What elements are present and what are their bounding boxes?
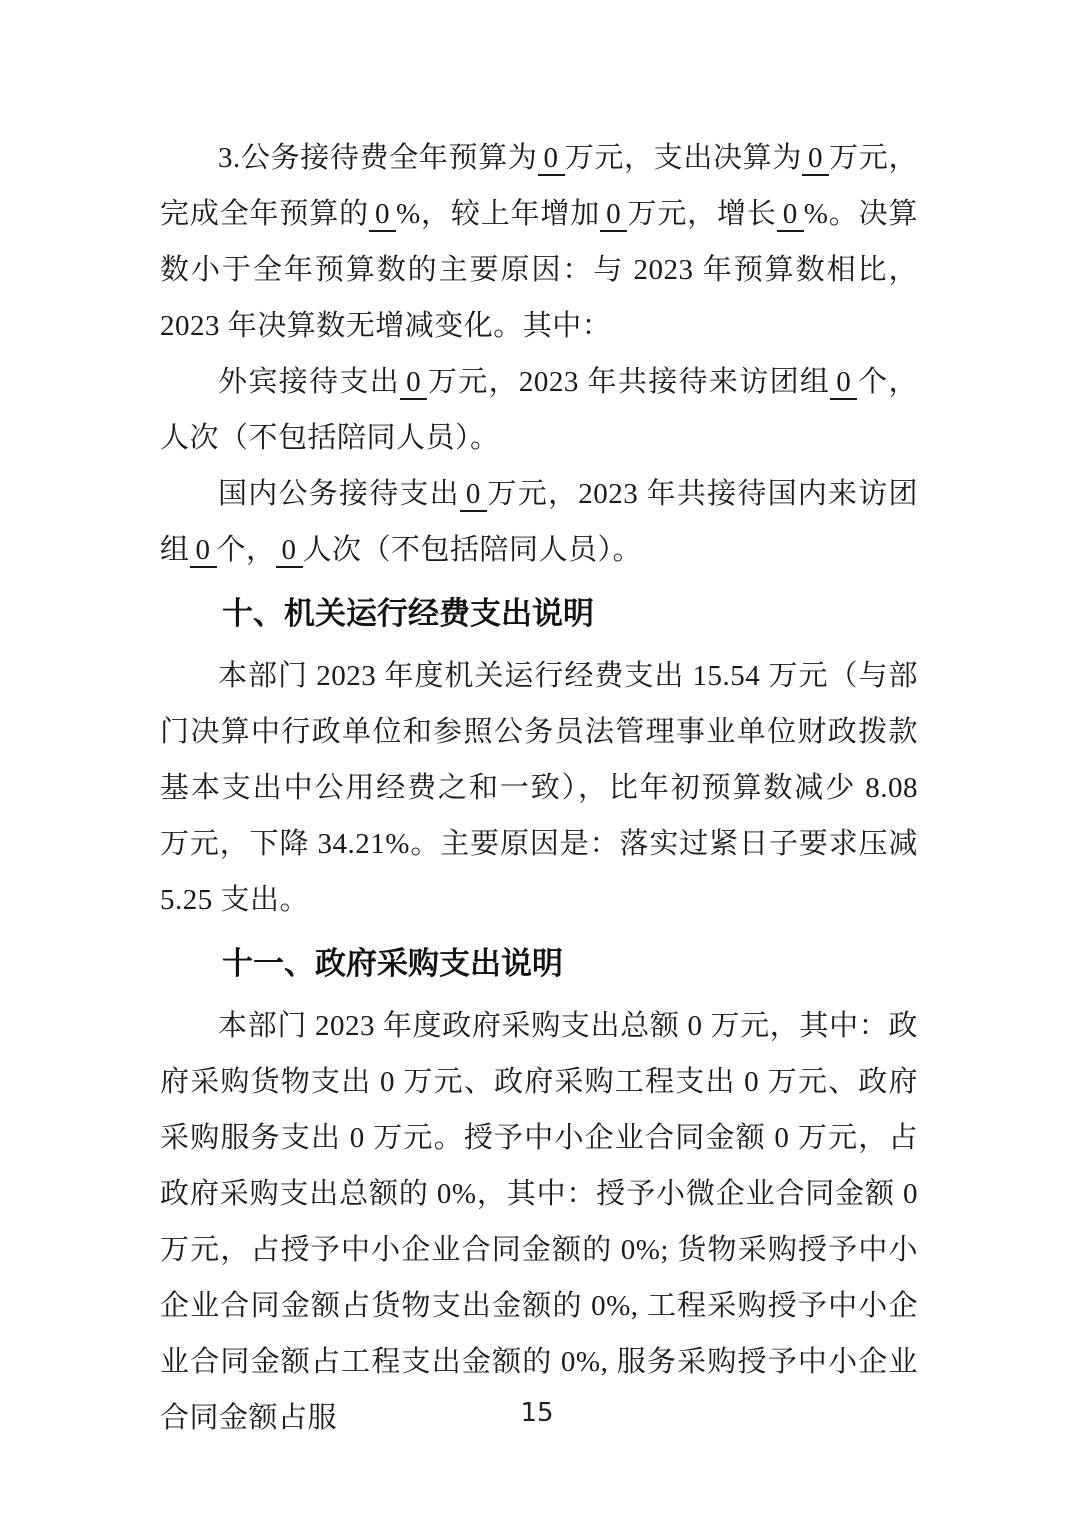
underlined-zero-value: 0 bbox=[190, 534, 217, 568]
text-run: 十一、政府采购支出说明 bbox=[222, 946, 563, 981]
text-run: 本部门 2023 年度机关运行经费支出 15.54 万元（与部门决算中行政单位和… bbox=[160, 660, 918, 916]
para-procurement-detail: 本部门 2023 年度政府采购支出总额 0 万元，其中：政府采购货物支出 0 万… bbox=[160, 998, 918, 1446]
underlined-zero-value: 0 bbox=[830, 366, 857, 400]
para-operating-costs-detail: 本部门 2023 年度机关运行经费支出 15.54 万元（与部门决算中行政单位和… bbox=[160, 648, 918, 928]
text-run: 外宾接待支出 bbox=[218, 366, 400, 398]
underlined-zero-value: 0 bbox=[538, 142, 565, 176]
text-run: 万元，2023 年共接待来访团组 bbox=[427, 366, 830, 398]
heading-section-11-procurement: 十一、政府采购支出说明 bbox=[160, 936, 918, 992]
underlined-zero-value: 0 bbox=[400, 366, 427, 400]
text-run: 十、机关运行经费支出说明 bbox=[222, 596, 594, 631]
underlined-zero-value: 0 bbox=[460, 478, 487, 512]
text-run: 3.公务接待费全年预算为 bbox=[218, 142, 538, 174]
para-foreign-guest-reception: 外宾接待支出0万元，2023 年共接待来访团组0个，人次（不包括陪同人员）。 bbox=[160, 354, 918, 466]
text-run: 人次（不包括陪同人员）。 bbox=[303, 534, 643, 566]
underlined-zero-value: 0 bbox=[276, 534, 303, 568]
text-run: 万元，支出决算为 bbox=[565, 142, 802, 174]
underlined-zero-value: 0 bbox=[802, 142, 829, 176]
para-official-reception-summary: 3.公务接待费全年预算为0万元，支出决算为0万元，完成全年预算的0%，较上年增加… bbox=[160, 130, 918, 354]
text-run: %，较上年增加 bbox=[396, 198, 600, 230]
underlined-zero-value: 0 bbox=[600, 198, 627, 232]
text-run: 本部门 2023 年度政府采购支出总额 0 万元，其中：政府采购货物支出 0 万… bbox=[160, 1010, 918, 1434]
page-number: 15 bbox=[520, 1398, 553, 1428]
underlined-zero-value: 0 bbox=[369, 198, 396, 232]
text-run: 个， bbox=[217, 534, 276, 566]
text-run: 国内公务接待支出 bbox=[218, 478, 460, 510]
text-run: 万元，增长 bbox=[627, 198, 777, 230]
page-footer: 15 bbox=[0, 1398, 1074, 1428]
heading-section-10-operating-costs: 十、机关运行经费支出说明 bbox=[160, 586, 918, 642]
underlined-zero-value: 0 bbox=[777, 198, 804, 232]
document-page: 3.公务接待费全年预算为0万元，支出决算为0万元，完成全年预算的0%，较上年增加… bbox=[0, 0, 1074, 1520]
document-content: 3.公务接待费全年预算为0万元，支出决算为0万元，完成全年预算的0%，较上年增加… bbox=[160, 130, 918, 1446]
para-domestic-reception: 国内公务接待支出0万元，2023 年共接待国内来访团组0个，0人次（不包括陪同人… bbox=[160, 466, 918, 578]
